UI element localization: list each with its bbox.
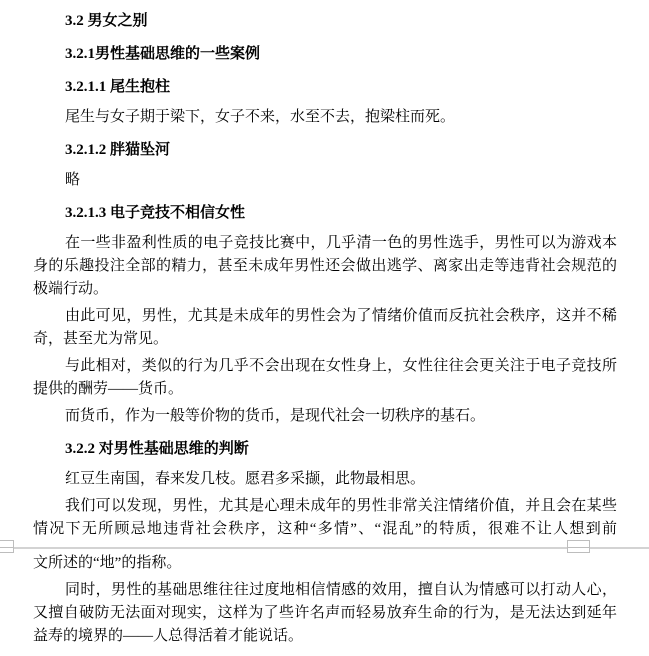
text-line: 3.2.1.1 尾生抱柱 [33, 76, 617, 99]
text-line: 红豆生南国，春来发几枝。愿君多采撷，此物最相思。 [33, 468, 617, 491]
paragraph: 由此可见，男性，尤其是未成年的男性会为了情绪价值而反抗社会秩序，这并不稀奇，甚至… [33, 305, 617, 351]
text-line: 而货币，作为一般等价物的货币，是现代社会一切秩序的基石。 [33, 405, 617, 428]
text-line: 我们可以发现，男性，尤其是心理未成年的男性非常关注情绪价值，并且会在某些 [33, 495, 617, 518]
text-line: 益寿的境界的——人总得活着才能说话。 [33, 625, 617, 648]
paragraph: 而货币，作为一般等价物的货币，是现代社会一切秩序的基石。 [33, 405, 617, 428]
page-break-marker-left-icon [0, 540, 14, 553]
text-line: 又擅自破防无法面对现实，这样为了些许名声而轻易放弃生命的行为，是无法达到延年 [33, 602, 617, 625]
text-line: 提供的酬劳——货币。 [33, 378, 617, 401]
text-line: 尾生与女子期于梁下，女子不来，水至不去，抱梁柱而死。 [33, 106, 617, 129]
section-heading: 3.2.1.1 尾生抱柱 [33, 76, 617, 99]
text-line: 情况下无所顾忌地违背社会秩序，这种“多情”、“混乱”的特质，很难不让人想到前 [33, 518, 617, 541]
document-page: 3.2 男女之别3.2.1男性基础思维的一些案例3.2.1.1 尾生抱柱尾生与女… [0, 0, 649, 656]
section-heading: 3.2.1男性基础思维的一些案例 [33, 43, 617, 66]
text-line: 3.2.1男性基础思维的一些案例 [33, 43, 617, 66]
paragraph: 我们可以发现，男性，尤其是心理未成年的男性非常关注情绪价值，并且会在某些情况下无… [33, 495, 617, 575]
section-heading: 3.2 男女之别 [33, 10, 617, 33]
text-line: 奇，甚至尤为常见。 [33, 328, 617, 351]
text-line: 与此相对，类似的行为几乎不会出现在女性身上，女性往往会更关注于电子竞技所 [33, 355, 617, 378]
text-line: 身的乐趣投注全部的精力，甚至未成年男性还会做出逃学、离家出走等违背社会规范的 [33, 255, 617, 278]
section-heading: 3.2.1.2 胖猫坠河 [33, 139, 617, 162]
text-line: 略 [33, 169, 617, 192]
paragraph: 在一些非盈利性质的电子竞技比赛中，几乎清一色的男性选手，男性可以为游戏本身的乐趣… [33, 232, 617, 301]
document-body: 3.2 男女之别3.2.1男性基础思维的一些案例3.2.1.1 尾生抱柱尾生与女… [33, 0, 617, 652]
text-line: 极端行动。 [33, 278, 617, 301]
text-line: 3.2.1.2 胖猫坠河 [33, 139, 617, 162]
paragraph: 同时，男性的基础思维往往过度地相信情感的效用，擅自认为情感可以打动人心，又擅自破… [33, 579, 617, 648]
text-line: 3.2.1.3 电子竞技不相信女性 [33, 202, 617, 225]
paragraph: 尾生与女子期于梁下，女子不来，水至不去，抱梁柱而死。 [33, 106, 617, 129]
paragraph: 略 [33, 169, 617, 192]
text-line: 在一些非盈利性质的电子竞技比赛中，几乎清一色的男性选手，男性可以为游戏本 [33, 232, 617, 255]
paragraph: 与此相对，类似的行为几乎不会出现在女性身上，女性往往会更关注于电子竞技所提供的酬… [33, 355, 617, 401]
paragraph: 红豆生南国，春来发几枝。愿君多采撷，此物最相思。 [33, 468, 617, 491]
text-line: 3.2.2 对男性基础思维的判断 [33, 438, 617, 461]
section-heading: 3.2.1.3 电子竞技不相信女性 [33, 202, 617, 225]
text-line: 同时，男性的基础思维往往过度地相信情感的效用，擅自认为情感可以打动人心， [33, 579, 617, 602]
text-line: 文所述的“地”的指称。 [33, 552, 617, 575]
text-line: 由此可见，男性，尤其是未成年的男性会为了情绪价值而反抗社会秩序，这并不稀 [33, 305, 617, 328]
section-heading: 3.2.2 对男性基础思维的判断 [33, 438, 617, 461]
text-line: 3.2 男女之别 [33, 10, 617, 33]
